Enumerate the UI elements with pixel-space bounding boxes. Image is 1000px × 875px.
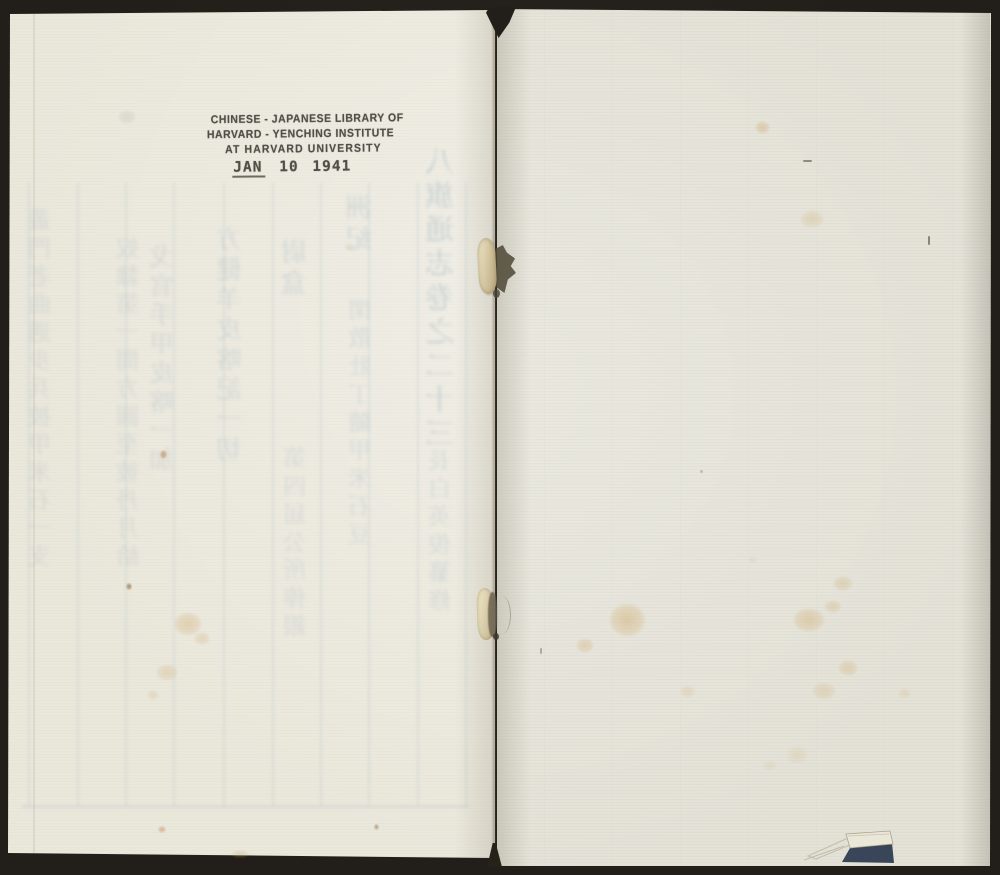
book-scan-photo: 八旗通志卷之二十三長白英俊纂修洲紀閑散壯丁隨甲米石豆尉盒第四届公所俸銀方健羊皮喀… <box>0 0 1000 875</box>
torn-corner <box>790 826 910 870</box>
foxing-stain <box>812 682 836 700</box>
paper-speck <box>540 648 542 654</box>
foxing-stain <box>838 660 858 676</box>
stamp-date: JAN 10 1941 <box>232 158 415 176</box>
bleedthrough-grid-line <box>417 183 419 806</box>
foxing-stain <box>158 826 166 833</box>
foxing-stain <box>824 600 842 613</box>
foxing-stain <box>833 576 853 591</box>
bleedthrough-column: 方健羊皮喀記一切 <box>218 226 244 466</box>
bleedthrough-column: 閑散壯丁隨甲米石豆 <box>350 298 374 550</box>
paper-speck <box>928 236 930 245</box>
foxing-stain <box>160 450 167 459</box>
gutter-crease <box>492 8 496 866</box>
stamp-date-rest: 10 1941 <box>279 159 351 176</box>
bleedthrough-column: 八旗通志卷之二十三 <box>426 146 456 452</box>
paper-speck <box>700 470 703 473</box>
foxing-stain <box>898 688 911 699</box>
bleedthrough-column: 叢門老曲遇步兵披甲米石一支 <box>30 208 54 572</box>
stamp-date-month: JAN <box>232 159 265 177</box>
foxing-stain <box>755 121 770 134</box>
library-stamp: CHINESE - JAPANESE LIBRARY OF HARVARD - … <box>200 111 416 176</box>
foxing-stain <box>793 608 825 632</box>
foxing-stain <box>374 824 379 830</box>
foxing-stain <box>786 746 808 764</box>
foxing-stain <box>156 664 178 681</box>
foxing-stain <box>345 242 355 251</box>
bleedthrough-column: 第四届公所俸銀 <box>285 446 309 642</box>
foxing-stain <box>194 632 210 645</box>
foxing-stain <box>762 760 777 771</box>
bleedthrough-grid-line <box>320 183 322 806</box>
foxing-stain <box>576 638 594 653</box>
bleedthrough-column: 尉盒 <box>283 238 310 300</box>
stamp-line-3: AT HARVARD UNIVERSITY <box>225 140 415 158</box>
foxing-stain <box>609 603 646 637</box>
paper-speck <box>803 160 812 162</box>
bleedthrough-grid-line <box>465 183 467 806</box>
crease-line-2 <box>804 846 844 860</box>
foxing-stain <box>680 685 695 698</box>
foxing-stain <box>147 690 159 700</box>
foxing-stain <box>126 583 132 590</box>
binding-tie-upper-knot <box>493 289 500 298</box>
bleedthrough-grid-line <box>272 183 274 806</box>
foxing-stain <box>800 210 824 228</box>
bleedthrough-grid-line <box>77 183 79 806</box>
bleedthrough-column: 奴隸第一間方圓至彼丹月給 <box>118 236 142 572</box>
bleedthrough-column: 戈官手甲皮喀一加 <box>152 244 177 476</box>
foxing-stain <box>118 110 136 124</box>
foxing-stain <box>231 850 249 858</box>
bleedthrough-baseline <box>22 805 470 808</box>
bleedthrough-column: 長白英俊纂修 <box>430 448 454 616</box>
binding-tie-lower-knot <box>493 633 499 640</box>
foxing-stain <box>748 556 757 564</box>
